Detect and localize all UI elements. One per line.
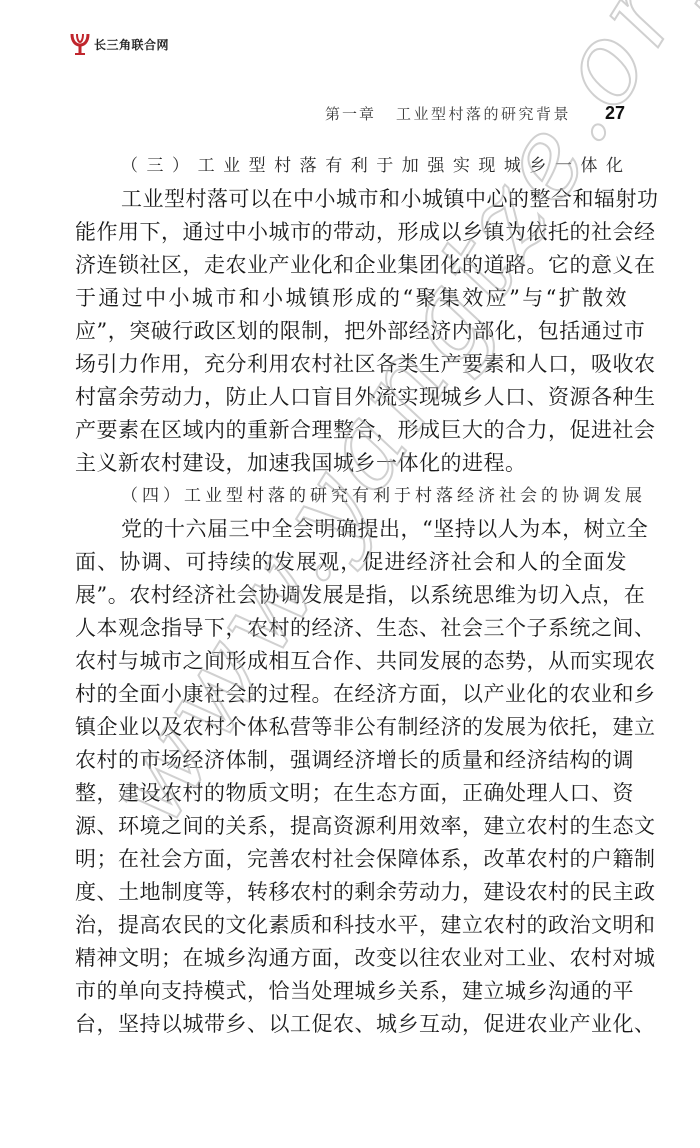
paragraph-line: 于通过中小城市和小城镇形成的“聚集效应”与“扩散效 bbox=[75, 282, 627, 315]
paragraph-line: 整，建设农村的物质文明；在生态方面，正确处理人口、资 bbox=[75, 777, 627, 810]
paragraph-line: 展”。农村经济社会协调发展是指，以系统思维为切入点，在 bbox=[75, 579, 627, 612]
paragraph-line: 源、环境之间的关系，提高资源利用效率，建立农村的生态文 bbox=[75, 810, 627, 843]
logo-text: 长三角联合网 bbox=[94, 36, 169, 53]
paragraph-line: 能作用下，通过中小城市的带动，形成以乡镇为依托的社会经 bbox=[75, 216, 627, 249]
paragraph-line: 产要素在区域内的重新合理整合，形成巨大的合力，促进社会 bbox=[75, 414, 627, 447]
paragraph-line: 党的十六届三中全会明确提出，“坚持以人为本，树立全 bbox=[75, 513, 627, 546]
paragraph-line: 应”，突破行政区划的限制，把外部经济内部化，包括通过市 bbox=[75, 315, 627, 348]
paragraph-line: 市的单向支持模式，恰当处理城乡关系，建立城乡沟通的平 bbox=[75, 975, 627, 1008]
paragraph-line: 精神文明；在城乡沟通方面，改变以往农业对工业、农村对城 bbox=[75, 942, 627, 975]
page-number: 27 bbox=[605, 103, 625, 124]
site-logo: 长三角联合网 bbox=[70, 32, 169, 56]
paragraph-line: 主义新农村建设，加速我国城乡一体化的进程。 bbox=[75, 447, 627, 480]
paragraph-line: 工业型村落可以在中小城市和小城镇中心的整合和辐射功 bbox=[75, 183, 627, 216]
section-heading: （四）工业型村落的研究有利于村落经济社会的协调发展 bbox=[75, 480, 627, 513]
section-heading: （三）工业型村落有利于加强实现城乡一体化 bbox=[75, 150, 627, 183]
paragraph-line: 治，提高农民的文化素质和科技水平，建立农村的政治文明和 bbox=[75, 909, 627, 942]
paragraph-line: 台，坚持以城带乡、以工促农、城乡互动，促进农业产业化、 bbox=[75, 1008, 627, 1041]
logo-mark-icon bbox=[70, 32, 90, 56]
page-body: （三）工业型村落有利于加强实现城乡一体化 工业型村落可以在中小城市和小城镇中心的… bbox=[75, 150, 627, 1041]
paragraph-line: 面、协调、可持续的发展观，促进经济社会和人的全面发 bbox=[75, 546, 627, 579]
paragraph-line: 济连锁社区，走农业产业化和企业集团化的道路。它的意义在 bbox=[75, 249, 627, 282]
chapter-label: 第一章 bbox=[325, 103, 376, 124]
chapter-title: 工业型村落的研究背景 bbox=[396, 103, 571, 124]
paragraph-line: 镇企业以及农村个体私营等非公有制经济的发展为依托，建立 bbox=[75, 711, 627, 744]
running-head: 第一章 工业型村落的研究背景 27 bbox=[325, 103, 625, 124]
paragraph-line: 农村的市场经济体制，强调经济增长的质量和经济结构的调 bbox=[75, 744, 627, 777]
paragraph-line: 场引力作用，充分利用农村社区各类生产要素和人口，吸收农 bbox=[75, 348, 627, 381]
paragraph-line: 村富余劳动力，防止人口盲目外流实现城乡人口、资源各种生 bbox=[75, 381, 627, 414]
paragraph-line: 度、土地制度等，转移农村的剩余劳动力，建设农村的民主政 bbox=[75, 876, 627, 909]
paragraph-line: 明；在社会方面，完善农村社会保障体系，改革农村的户籍制 bbox=[75, 843, 627, 876]
paragraph-line: 村的全面小康社会的过程。在经济方面，以产业化的农业和乡 bbox=[75, 678, 627, 711]
paragraph-line: 人本观念指导下，农村的经济、生态、社会三个子系统之间、 bbox=[75, 612, 627, 645]
paragraph-line: 农村与城市之间形成相互合作、共同发展的态势，从而实现农 bbox=[75, 645, 627, 678]
